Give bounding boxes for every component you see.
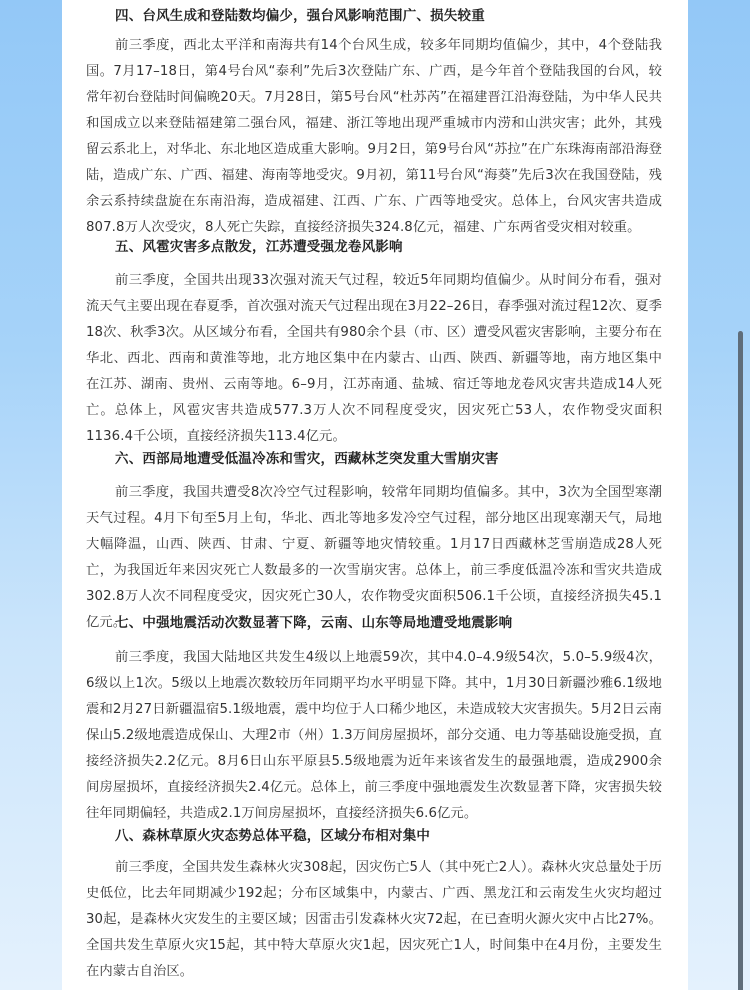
section-heading-8: 八、森林草原火灾态势总体平稳，区域分布相对集中 [86, 826, 660, 846]
section-paragraph-8: 前三季度，全国共发生森林火灾308起，因灾伤亡5人（其中死亡2人）。森林火灾总量… [86, 855, 662, 985]
section-paragraph-5: 前三季度，全国共出现33次强对流天气过程，较近5年同期均值偏少。从时间分布看，强… [86, 268, 662, 450]
section-heading-6: 六、西部局地遭受低温冷冻和雪灾，西藏林芝突发重大雪崩灾害 [86, 449, 660, 469]
section-heading-5: 五、风雹灾害多点散发，江苏遭受强龙卷风影响 [86, 237, 660, 257]
scrollbar-thumb[interactable] [738, 331, 743, 990]
section-paragraph-7: 前三季度，我国大陆地区共发生4级以上地震59次，其中4.0–4.9级54次，5.… [86, 645, 662, 827]
section-heading-4: 四、台风生成和登陆数均偏少，强台风影响范围广、损失较重 [86, 6, 660, 26]
article-panel: 四、台风生成和登陆数均偏少，强台风影响范围广、损失较重 前三季度，西北太平洋和南… [62, 0, 688, 990]
section-heading-7: 七、中强地震活动次数显著下降，云南、山东等局地遭受地震影响 [86, 613, 660, 633]
section-paragraph-4: 前三季度，西北太平洋和南海共有14个台风生成，较多年同期均值偏少，其中，4个登陆… [86, 33, 662, 241]
